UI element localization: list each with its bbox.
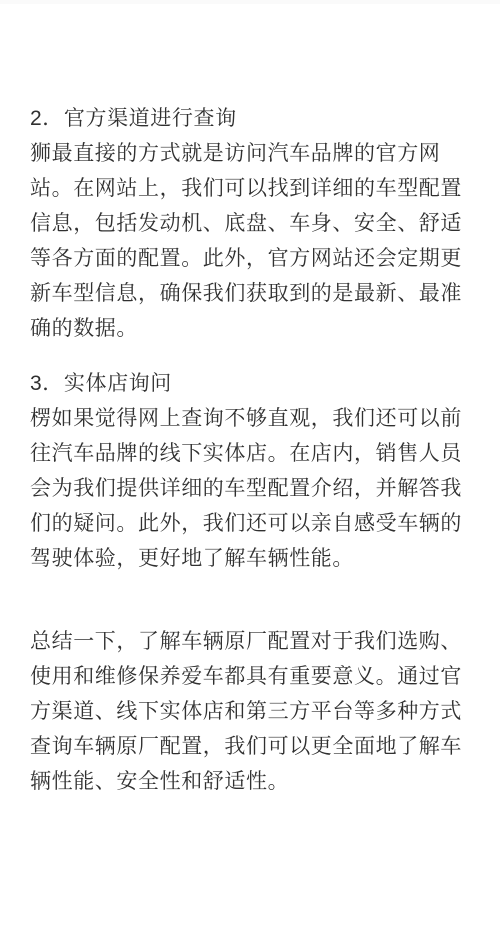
- text-line: 会为我们提供详细的车型配置介绍，并解答我: [30, 471, 470, 506]
- text-line: 方渠道、线下实体店和第三方平台等多种方式: [30, 694, 470, 729]
- paragraph-official-channels: 狮最直接的方式就是访问汽车品牌的官方网 站。在网站上，我们可以找到详细的车型配置…: [30, 136, 470, 346]
- text-line: 辆性能、安全性和舒适性。: [30, 764, 470, 799]
- text-line: 总结一下，了解车辆原厂配置对于我们选购、: [30, 624, 470, 659]
- paragraph-summary: 总结一下，了解车辆原厂配置对于我们选购、 使用和维修保养爱车都具有重要意义。通过…: [30, 624, 470, 799]
- text-line: 查询车辆原厂配置，我们可以更全面地了解车: [30, 729, 470, 764]
- text-line: 们的疑问。此外，我们还可以亲自感受车辆的: [30, 506, 470, 541]
- article-page: 2．官方渠道进行查询 狮最直接的方式就是访问汽车品牌的官方网 站。在网站上，我们…: [0, 0, 500, 927]
- text-line: 狮最直接的方式就是访问汽车品牌的官方网: [30, 136, 470, 171]
- text-line: 等各方面的配置。此外，官方网站还会定期更: [30, 241, 470, 276]
- text-line: 驾驶体验，更好地了解车辆性能。: [30, 541, 470, 576]
- section-heading-official-channels: 2．官方渠道进行查询: [30, 101, 470, 136]
- text-line: 信息，包括发动机、底盘、车身、安全、舒适: [30, 206, 470, 241]
- paragraph-physical-store: 楞如果觉得网上查询不够直观，我们还可以前 往汽车品牌的线下实体店。在店内，销售人…: [30, 401, 470, 576]
- text-line: 确的数据。: [30, 311, 470, 346]
- article-content: 2．官方渠道进行查询 狮最直接的方式就是访问汽车品牌的官方网 站。在网站上，我们…: [0, 4, 500, 799]
- text-line: 往汽车品牌的线下实体店。在店内，销售人员: [30, 436, 470, 471]
- text-line: 楞如果觉得网上查询不够直观，我们还可以前: [30, 401, 470, 436]
- section-heading-physical-store: 3．实体店询问: [30, 366, 470, 401]
- text-line: 站。在网站上，我们可以找到详细的车型配置: [30, 171, 470, 206]
- text-line: 使用和维修保养爱车都具有重要意义。通过官: [30, 659, 470, 694]
- text-line: 新车型信息，确保我们获取到的是最新、最准: [30, 276, 470, 311]
